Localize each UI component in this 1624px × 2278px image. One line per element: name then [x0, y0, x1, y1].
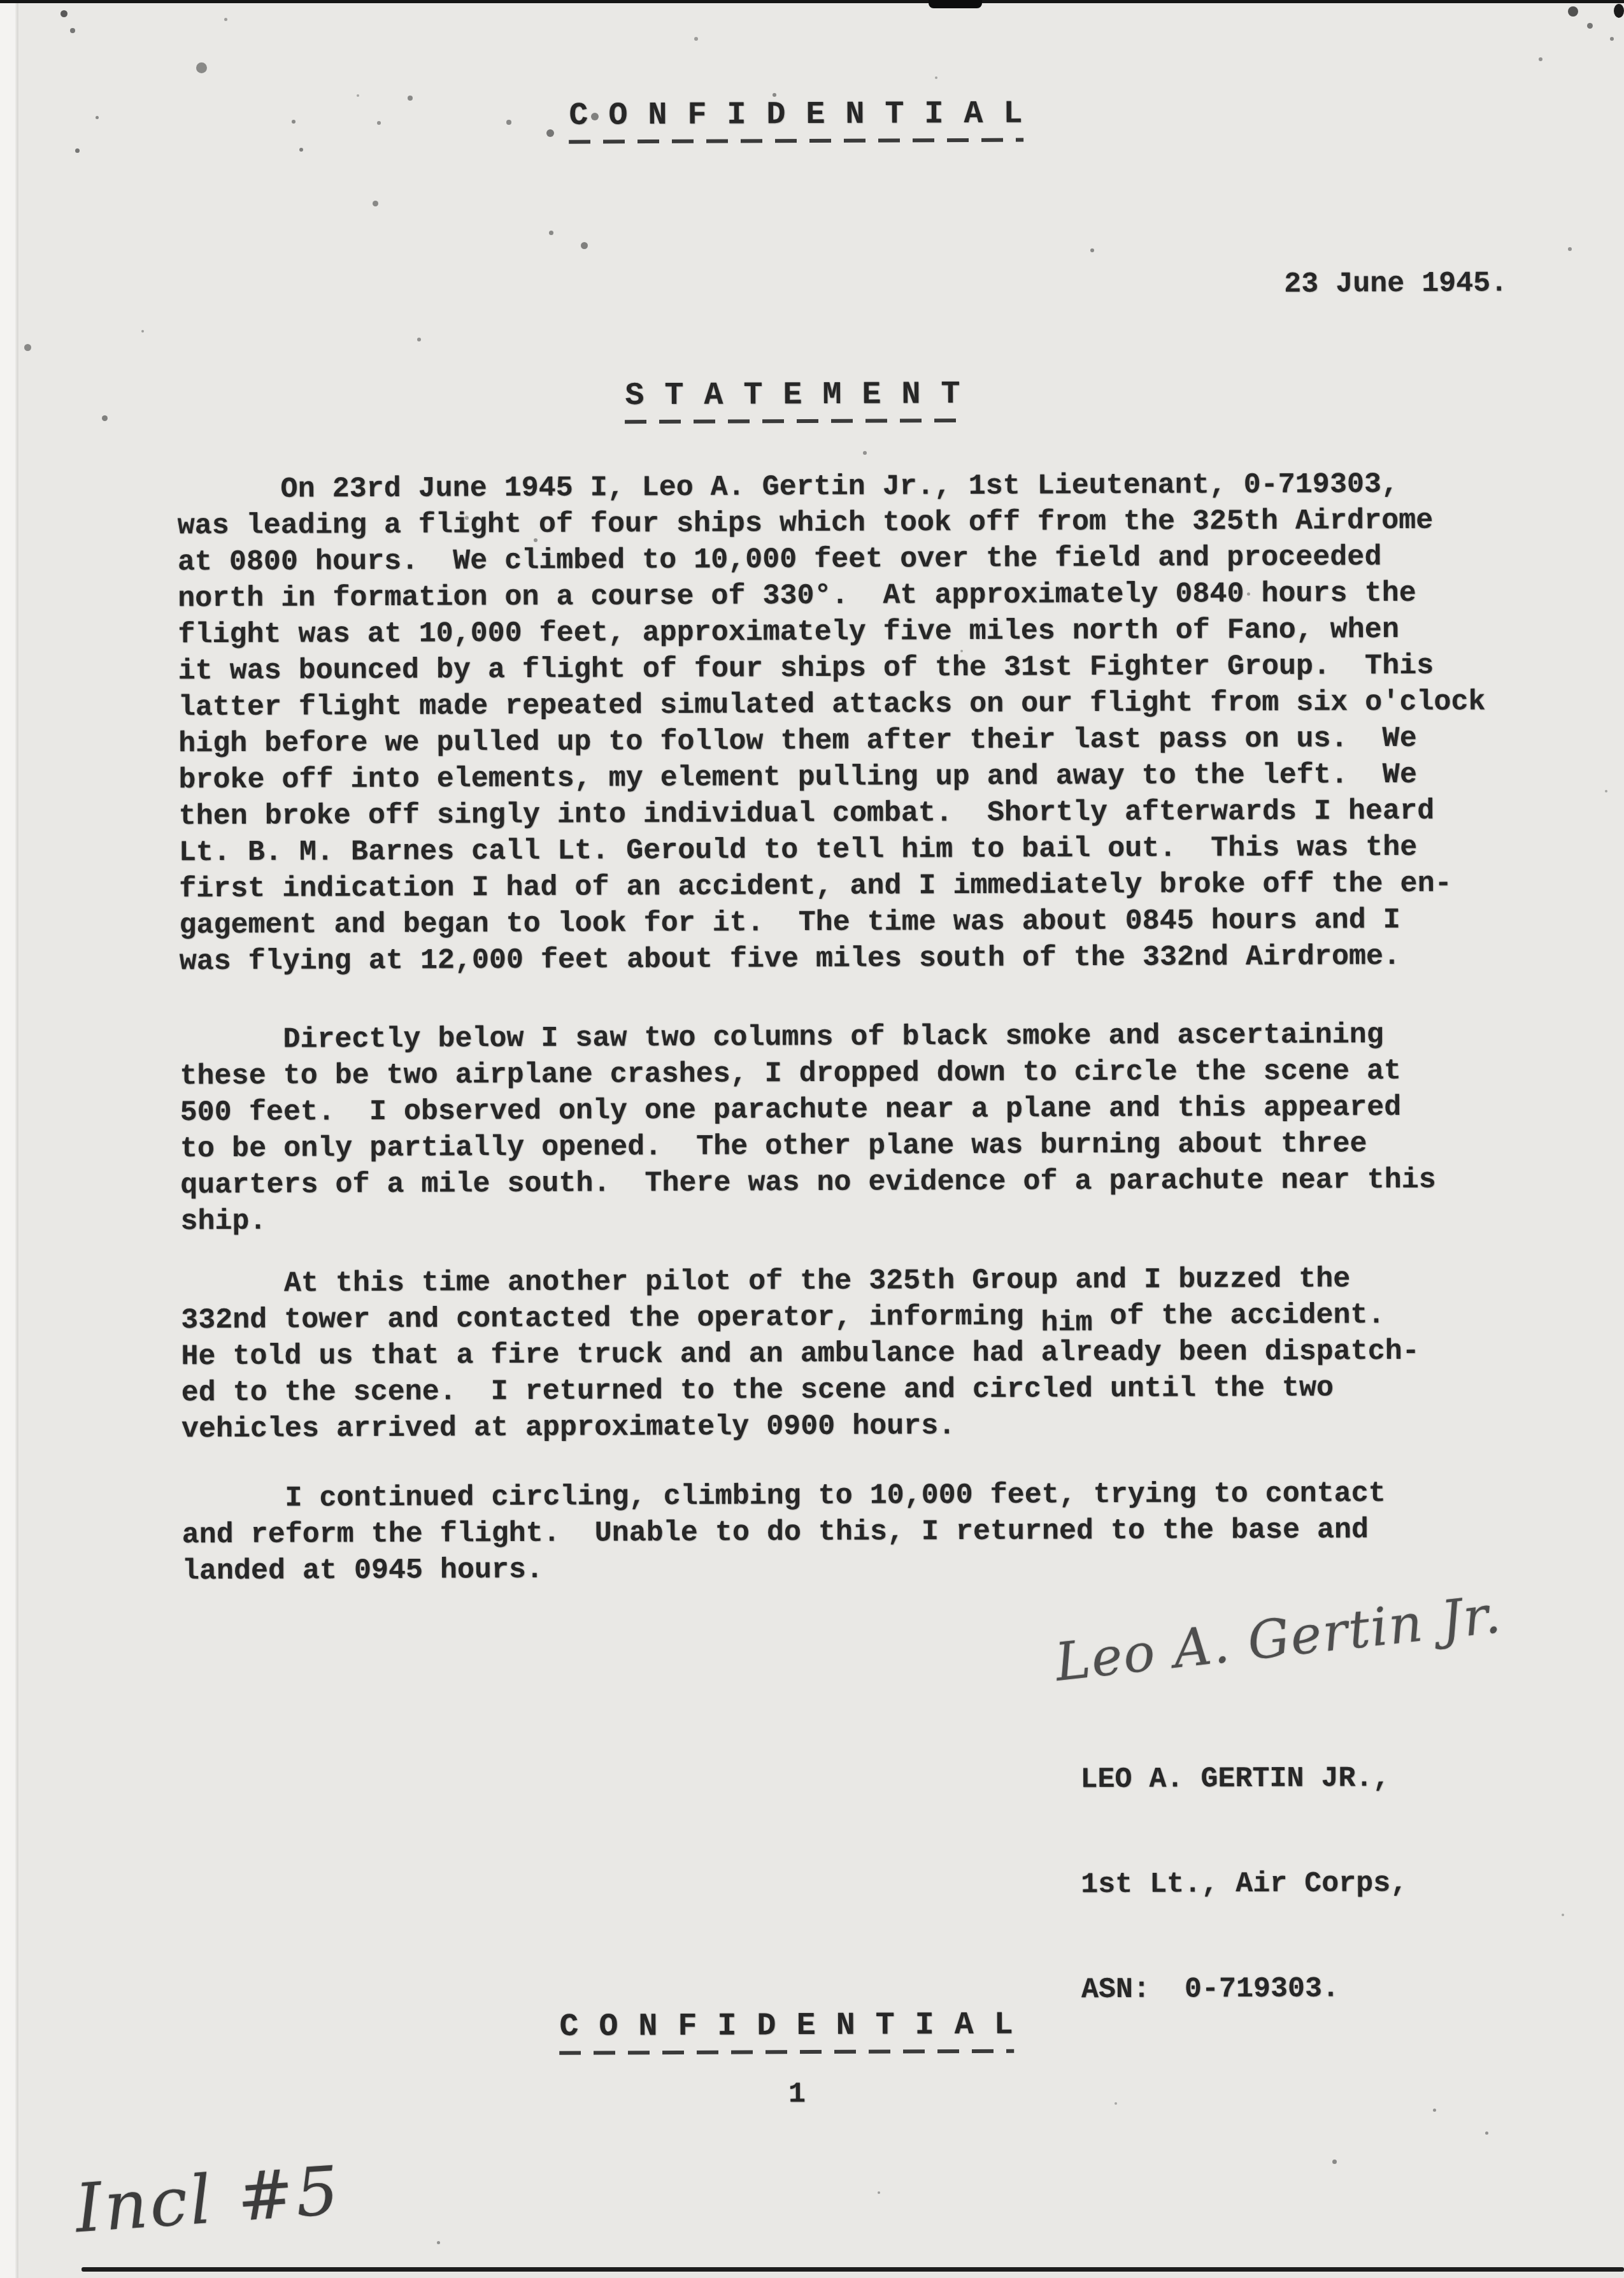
signatory-asn: ASN: 0-719303.	[1081, 1971, 1408, 2007]
document-page: C O N F I D E N T I A L 23 June 1945. S …	[0, 0, 1624, 2278]
title-underline	[625, 419, 961, 424]
statement-paragraph-3: At this time another pilot of the 325th …	[181, 1260, 1551, 1447]
classification-header: C O N F I D E N T I A L	[569, 96, 1023, 144]
page-number: 1	[4, 2074, 1624, 2114]
date: 23 June 1945.	[1284, 267, 1507, 301]
statement-paragraph-1: On 23rd June 1945 I, Leo A. Gertin Jr., …	[177, 466, 1548, 980]
statement-body: On 23rd June 1945 I, Leo A. Gertin Jr., …	[177, 466, 1551, 1589]
classification-footer-underline	[560, 2049, 1014, 2055]
paragraph-3-dropped-word: him	[1041, 1307, 1092, 1339]
classification-footer: C O N F I D E N T I A L	[559, 2007, 1013, 2055]
statement-paragraph-2: Directly below I saw two columns of blac…	[180, 1016, 1549, 1240]
signatory-rank: 1st Lt., Air Corps,	[1081, 1866, 1407, 1902]
classification-header-text: C O N F I D E N T I A L	[569, 96, 1023, 134]
statement-paragraph-4: I continued circling, climbing to 10,000…	[182, 1475, 1551, 1589]
classification-footer-text: C O N F I D E N T I A L	[559, 2007, 1013, 2045]
classification-underline	[569, 138, 1023, 144]
document-title-text: S T A T E M E N T	[625, 376, 960, 414]
document-title: S T A T E M E N T	[625, 376, 960, 424]
signatory-name: LEO A. GERTIN JR.,	[1080, 1761, 1407, 1797]
typed-content: C O N F I D E N T I A L 23 June 1945. S …	[0, 0, 1624, 2278]
handwritten-signature: Leo A. Gertin Jr.	[1052, 1584, 1504, 1693]
